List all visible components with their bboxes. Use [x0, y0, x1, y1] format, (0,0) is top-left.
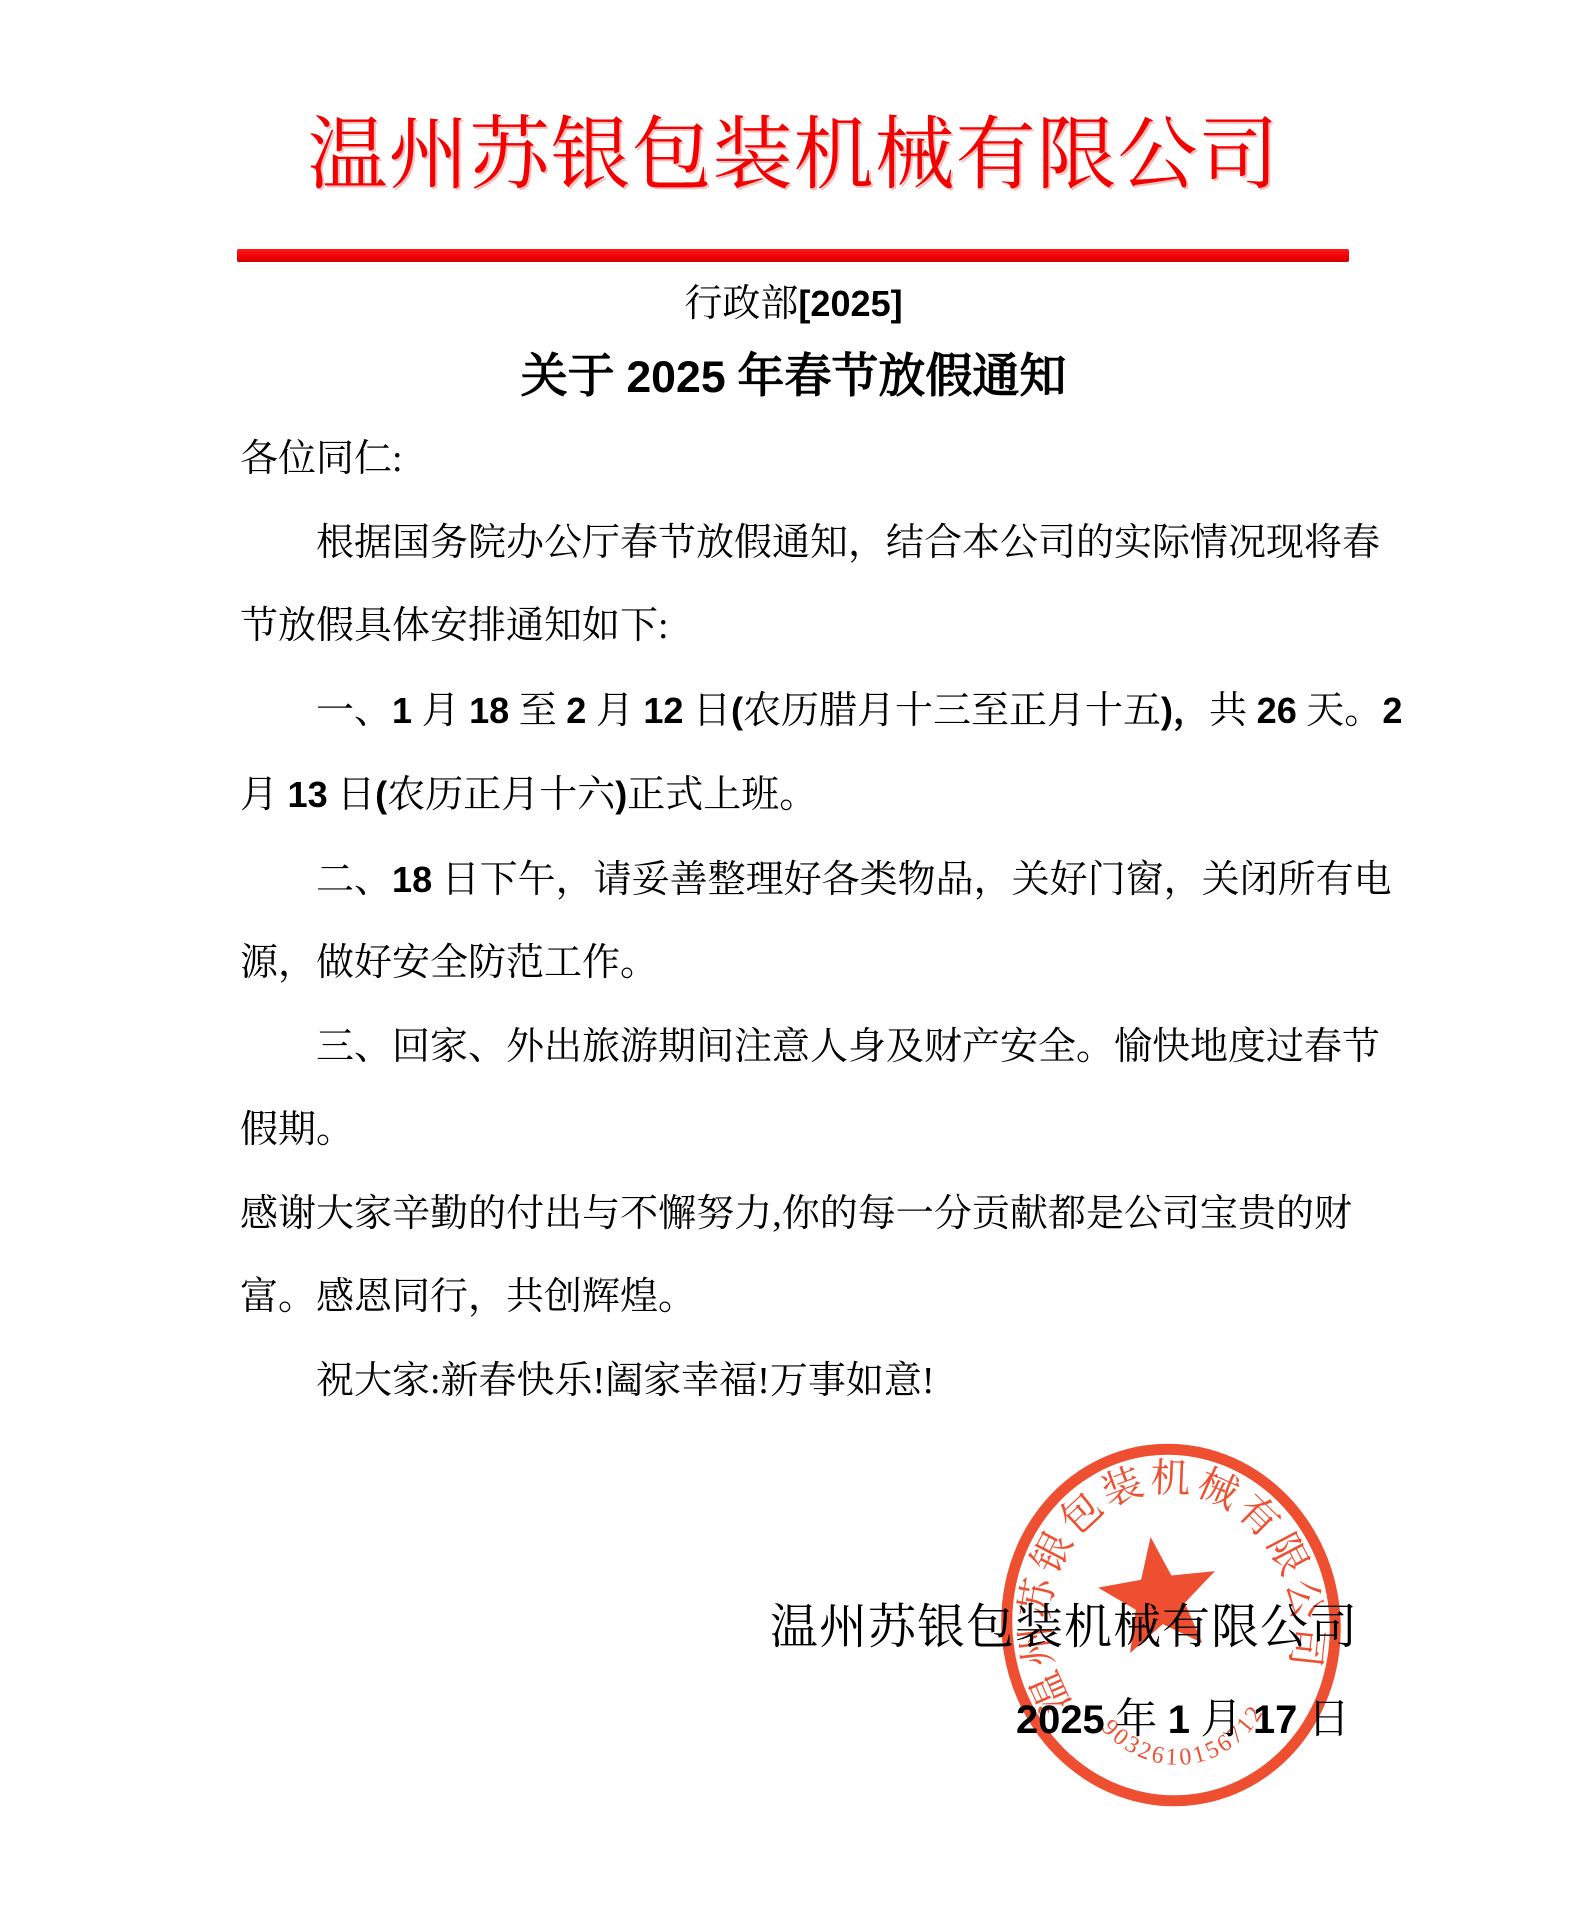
text-run-bold: 2	[566, 690, 586, 731]
page: 温州苏银包装机械有限公司 行政部[2025] 关于 2025 年春节放假通知 各…	[0, 0, 1587, 1923]
star-icon	[1092, 1529, 1224, 1657]
text-run: 关于	[521, 351, 627, 403]
text-run: 正式上班。	[627, 774, 817, 816]
text-run: 一、	[316, 690, 392, 732]
text-run: 共	[1209, 690, 1257, 732]
text-run: 富。感恩同行，共创辉煌。	[240, 1276, 696, 1318]
text-run-bold: 26	[1257, 690, 1297, 731]
text-run: 农历正月十六	[387, 774, 615, 816]
text-run: 月	[412, 690, 469, 732]
body-line: 感谢大家辛勤的付出与不懈努力,你的每一分贡献都是公司宝贵的财	[240, 1173, 1352, 1257]
text-run-bold: 2025	[626, 353, 725, 402]
text-run: 日	[684, 690, 732, 732]
body-line: 源，做好安全防范工作。	[240, 922, 1352, 1006]
text-run: 日下午，请妥善整理好各类物品，关好门窗，关闭所有电	[432, 859, 1392, 901]
body-line: 根据国务院办公厅春节放假通知，结合本公司的实际情况现将春	[240, 502, 1352, 586]
text-run-bold: )，	[1161, 690, 1209, 731]
text-run: 各位同仁:	[240, 438, 403, 480]
text-run: 农历腊月十三至正月十五	[743, 690, 1161, 732]
text-run: 日	[328, 774, 376, 816]
text-run-bold: 13	[288, 774, 328, 815]
svg-text:9032610156712: 9032610156712	[1094, 1693, 1276, 1782]
text-run: 节放假具体安排通知如下:	[240, 605, 669, 647]
text-run: 行政部	[684, 283, 798, 325]
body-line: 二、18 日下午，请妥善整理好各类物品，关好门窗，关闭所有电	[240, 838, 1352, 923]
text-run: 感谢大家辛勤的付出与不懈努力,你的每一分贡献都是公司宝贵的财	[240, 1193, 1352, 1235]
text-run-bold: 18	[392, 859, 432, 900]
text-run: 三、回家、外出旅游期间注意人身及财产安全。愉快地度过春节	[316, 1026, 1380, 1068]
header-divider-rule	[237, 249, 1349, 262]
body-line: 节放假具体安排通知如下:	[240, 585, 1352, 669]
text-run: 二、	[316, 859, 392, 901]
text-run: 祝大家:新春快乐!阖家幸福!万事如意!	[316, 1360, 935, 1402]
body-text: 各位同仁:根据国务院办公厅春节放假通知，结合本公司的实际情况现将春节放假具体安排…	[240, 418, 1352, 1423]
text-run: 源，做好安全防范工作。	[240, 942, 658, 984]
text-run: 月	[586, 690, 643, 732]
body-line: 三、回家、外出旅游期间注意人身及财产安全。愉快地度过春节	[240, 1006, 1352, 1090]
text-run: 天。	[1297, 690, 1383, 732]
notice-title: 关于 2025 年春节放假通知	[0, 348, 1587, 407]
text-run-bold: [2025]	[798, 283, 902, 324]
text-run-bold: (	[375, 774, 387, 815]
body-line: 月 13 日(农历正月十六)正式上班。	[240, 753, 1352, 838]
text-run: 假期。	[240, 1109, 354, 1151]
body-line: 假期。	[240, 1089, 1352, 1173]
body-line: 各位同仁:	[240, 418, 1352, 502]
text-run: 月	[240, 774, 288, 816]
text-run-bold: 2	[1382, 690, 1402, 731]
text-run: 根据国务院办公厅春节放假通知，结合本公司的实际情况现将春	[316, 522, 1380, 564]
text-run-bold: )	[615, 774, 627, 815]
text-run-bold: 12	[643, 690, 683, 731]
body-line: 富。感恩同行，共创辉煌。	[240, 1256, 1352, 1340]
company-title: 温州苏银包装机械有限公司	[0, 108, 1587, 204]
company-stamp: 温州苏银包装机械有限公司 9032610156712	[961, 1405, 1381, 1845]
text-run-bold: 1	[392, 690, 412, 731]
doc-number: 行政部[2025]	[0, 281, 1587, 327]
text-run: 至	[509, 690, 566, 732]
text-run-bold: (	[731, 690, 743, 731]
text-run: 年春节放假通知	[726, 351, 1067, 403]
text-run-bold: 18	[469, 690, 509, 731]
stamp-serial-text: 9032610156712	[1094, 1693, 1276, 1782]
body-line: 一、1 月 18 至 2 月 12 日(农历腊月十三至正月十五)，共 26 天。…	[240, 669, 1352, 754]
